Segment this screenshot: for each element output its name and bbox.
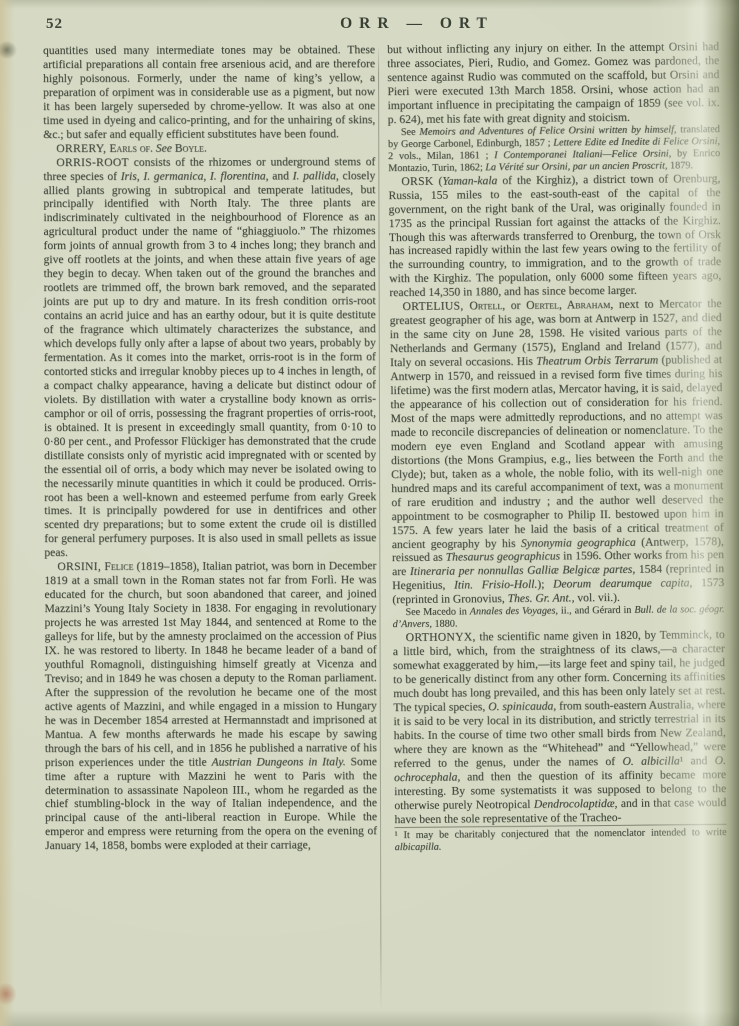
right-column: but without inflicting any injury on eit… [387, 40, 728, 1011]
text-run: O. spinicauda, [488, 700, 556, 714]
text-run: Thes. Gr. Ant., [508, 592, 575, 606]
page-number: 52 [46, 16, 63, 33]
text-run: Itin. Frisio-Holl. [454, 578, 537, 592]
text-run: ( [433, 174, 442, 187]
continuation-orpiment: quantities used many intermediate tones … [43, 43, 375, 142]
text-run: ¹ It may be charitably conjectured that … [395, 826, 727, 840]
text-run: ORSK [401, 174, 433, 187]
text-run: Boyle. [175, 141, 207, 154]
entry-orsk: ORSK (Yaman-kala of the Kirghiz), a dist… [388, 172, 721, 301]
text-run: or [505, 299, 526, 312]
text-run: Earls of. [109, 141, 153, 154]
text-run: Dendrocolaptidæ, [534, 797, 618, 811]
text-run: ORSINI, [57, 560, 104, 573]
scanned-encyclopedia-page: 52 ORR — ORT quantities used many interm… [0, 0, 739, 1026]
text-run: but without inflicting any injury on eit… [387, 40, 720, 126]
text-run: Thesaurus geographicus [446, 550, 561, 564]
text-run: I. pallida, [293, 169, 339, 182]
text-run: 1879. [667, 160, 693, 171]
text-run: albicapilla. [395, 841, 442, 852]
text-run: 2 vols., Milan, 1861 ; [388, 150, 494, 162]
text-run: vol. vii.). [574, 591, 620, 604]
text-run: Yaman-kala [442, 174, 497, 188]
text-run: Theatrum Orbis Terrarum [536, 354, 658, 368]
scan-smudge-red [0, 978, 21, 1010]
entry-orsini: ORSINI, Felice (1819–1858), Italian patr… [44, 559, 377, 853]
text-run: O. albicilla [622, 754, 679, 768]
footnote-albicapilla: ¹ It may be charitably conjectured that … [395, 823, 727, 853]
running-title: ORR — ORT [340, 15, 494, 33]
entry-orrery: ORRERY, Earls of. See Boyle. [43, 141, 375, 156]
text-run: La Vérité sur Orsini, par un ancien Pros… [485, 160, 667, 173]
text-run: ); [537, 578, 553, 591]
text-run: ORRERY, [56, 141, 109, 154]
text-run: quantities used many intermediate tones … [43, 43, 375, 141]
text-run: See [153, 141, 175, 154]
text-run: ii., and Gérard in [558, 605, 634, 617]
text-run: Oertel, Abraham, [526, 298, 613, 312]
text-run: ORRIS-ROOT [56, 155, 129, 168]
text-run: Iris, I. germanica, I. florentina, [121, 169, 269, 182]
text-run: ¹ and [680, 754, 715, 767]
left-column: quantities used many intermediate tones … [43, 43, 378, 1012]
orsini-bibliography: See Memoirs and Adventures of Felice Ors… [388, 124, 720, 175]
entry-orris-root: ORRIS-ROOT consists of the rhizomes or u… [43, 155, 376, 561]
text-run: Deorum dearumque capita, [553, 577, 692, 591]
ortelius-reference: See Macedo in Annales des Voyages, ii., … [392, 604, 724, 631]
text-run: Annales des Voyages, [470, 606, 558, 618]
entry-orthonyx: ORTHONYX, the scientific name given in 1… [393, 628, 727, 827]
text-run: Synonymia geographica [521, 535, 636, 549]
text-run: I Contemporanei Italiani—Felice Orsini, [494, 148, 671, 161]
text-run: closely allied plants growing in subtrop… [43, 169, 376, 560]
text-run: See Macedo in [405, 607, 469, 619]
text-run: Felice [104, 560, 133, 573]
text-run: ORTELIUS, [402, 300, 469, 314]
text-run: Austrian Dungeons in Italy. [212, 755, 346, 768]
text-run: Lettere Edite ed Inedite di Felice Orsin… [553, 136, 720, 149]
text-run: (published at Antwerp in 1570, and reiss… [390, 353, 724, 551]
text-run: See [401, 127, 420, 138]
text-run: Some time after a rupture with Mazzini h… [45, 755, 377, 853]
text-columns: quantities used many intermediate tones … [43, 42, 723, 1012]
text-run: ORTHONYX, [406, 631, 476, 645]
scan-smudge-dark [0, 37, 21, 63]
continuation-orsini: but without inflicting any injury on eit… [387, 40, 720, 127]
text-run: of the Kirghiz), a district town of Oren… [388, 172, 721, 300]
text-run: 1880. [432, 619, 458, 630]
column-divider-rule [378, 45, 382, 1011]
entry-ortelius: ORTELIUS, Ortell, or Oertel, Abraham, ne… [389, 297, 724, 607]
text-run: Itineraria per nonnullas Galliæ Belgicæ … [410, 563, 635, 578]
text-run: and [269, 169, 293, 182]
text-run: (1819–1858), Italian patriot, was born i… [44, 559, 376, 768]
text-run: Ortell, [469, 299, 505, 312]
